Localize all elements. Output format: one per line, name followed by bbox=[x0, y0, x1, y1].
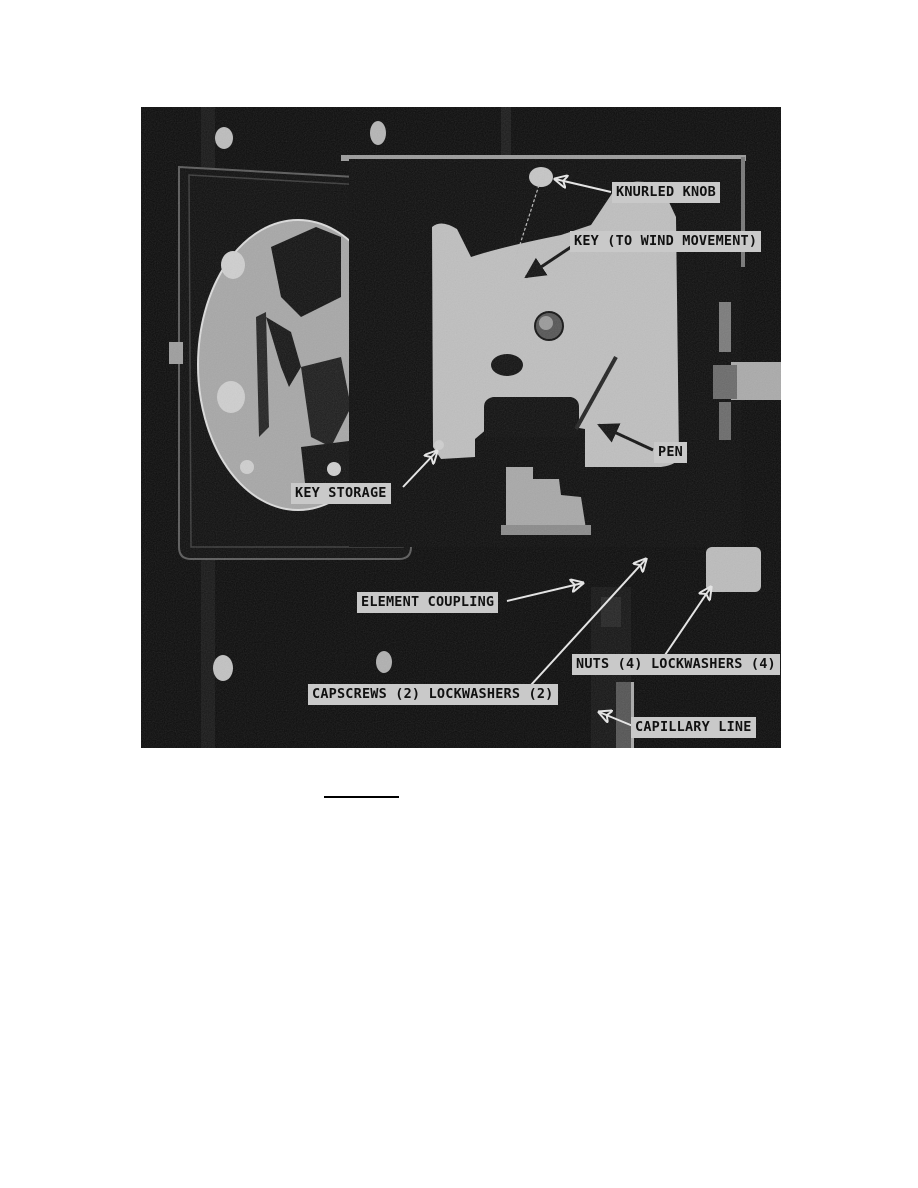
callout-pen: PEN bbox=[654, 442, 687, 463]
callout-nuts-lockwashers: NUTS (4) LOCKWASHERS (4) bbox=[572, 654, 780, 675]
callout-capillary-line: CAPILLARY LINE bbox=[631, 717, 756, 738]
callout-element-coupling: ELEMENT COUPLING bbox=[357, 592, 498, 613]
instrument-photo: KNURLED KNOB KEY (TO WIND MOVEMENT) PEN … bbox=[141, 107, 781, 748]
photo-illustration bbox=[141, 107, 781, 748]
callout-key-storage: KEY STORAGE bbox=[291, 483, 391, 504]
callout-key-wind-movement: KEY (TO WIND MOVEMENT) bbox=[570, 231, 761, 252]
figure-caption-underline bbox=[324, 796, 399, 798]
callout-knurled-knob: KNURLED KNOB bbox=[612, 182, 720, 203]
callout-capscrews-lockwashers: CAPSCREWS (2) LOCKWASHERS (2) bbox=[308, 684, 558, 705]
